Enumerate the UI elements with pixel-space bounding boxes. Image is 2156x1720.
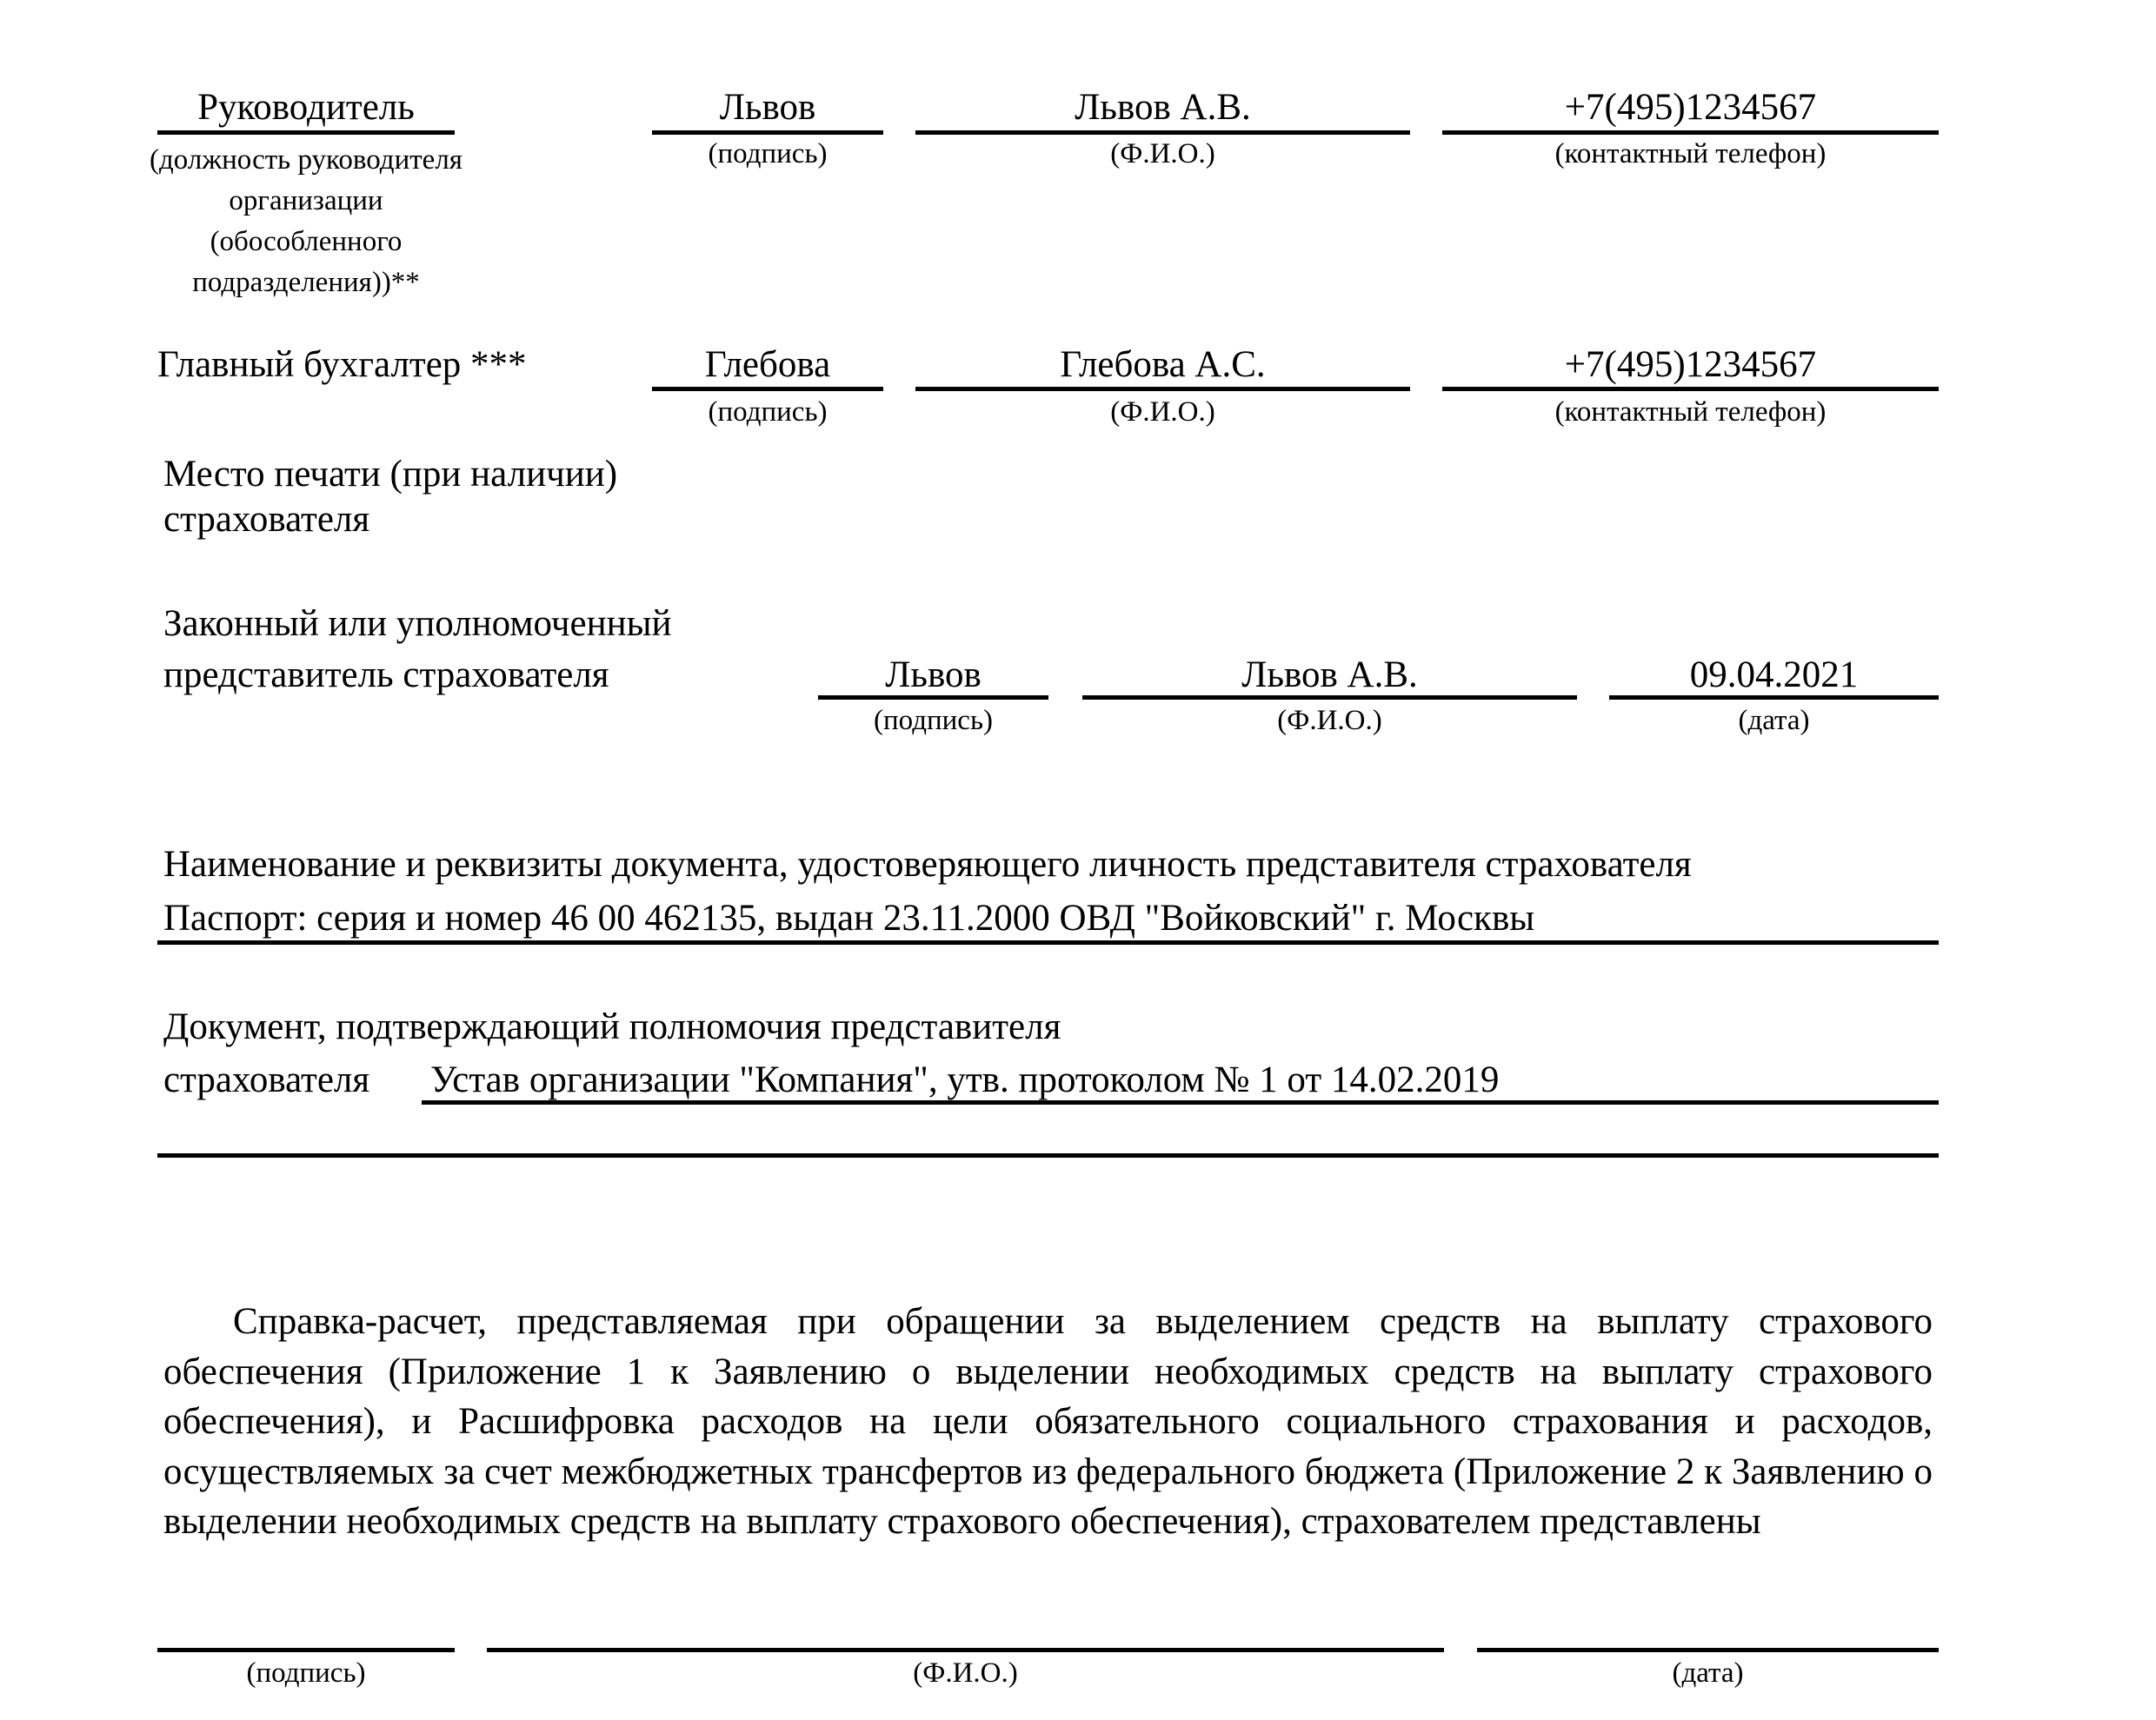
representative-date-caption: (дата) [1609,707,1939,735]
identity-doc-line [157,940,1939,945]
accountant-phone-value: +7(495)1234567 [1442,346,1939,383]
head-phone-caption: (контактный телефон) [1442,140,1939,169]
representative-date-value: 09.04.2021 [1609,656,1939,694]
head-position-value: Руководитель [157,89,455,126]
accountant-phone-caption: (контактный телефон) [1442,398,1939,427]
authority-doc-line [422,1100,1939,1105]
representative-fio-value: Львов А.В. [1082,656,1577,694]
head-fio-value: Львов А.В. [915,89,1410,126]
head-signature-value: Львов [652,89,883,126]
representative-fio-caption: (Ф.И.О.) [1082,707,1577,735]
stamp-label-line2: страхователя [163,501,369,538]
representative-fio-line [1082,695,1577,700]
head-fio-caption: (Ф.И.О.) [915,140,1410,169]
representative-date-line [1609,695,1939,700]
authority-doc-label-line2: страхователя [163,1061,369,1099]
footer-date-line [1477,1648,1939,1652]
accountant-fio-line [915,387,1410,391]
representative-label-line1: Законный или уполномоченный [163,605,672,642]
head-position-caption: (должность руководителя организации (обо… [130,140,482,303]
accountant-signature-caption: (подпись) [652,398,883,427]
footer-date-caption: (дата) [1477,1659,1939,1688]
head-phone-value: +7(495)1234567 [1442,89,1939,126]
footer-signature-caption: (подпись) [157,1659,455,1688]
authority-doc-label-line1: Документ, подтверждающий полномочия пред… [163,1008,1061,1046]
statement-paragraph: Справка-расчет, представляемая при обращ… [163,1297,1933,1547]
identity-doc-label: Наименование и реквизиты документа, удос… [163,846,1692,883]
authority-doc-extra-line [157,1153,1939,1158]
head-signature-line [652,130,883,135]
accountant-fio-value: Глебова А.С. [915,346,1410,383]
footer-signature-line [157,1648,455,1652]
head-fio-line [915,130,1410,135]
accountant-signature-line [652,387,883,391]
authority-doc-value: Устав организации "Компания", утв. прото… [430,1061,1499,1099]
representative-signature-caption: (подпись) [818,707,1048,735]
accountant-phone-line [1442,387,1939,391]
representative-label-line2: представитель страхователя [163,656,609,694]
footer-fio-caption: (Ф.И.О.) [487,1659,1444,1688]
stamp-label-line1: Место печати (при наличии) [163,455,617,493]
head-phone-line [1442,130,1939,135]
accountant-label: Главный бухгалтер *** [157,346,455,383]
footer-fio-line [487,1648,1444,1652]
identity-doc-value: Паспорт: серия и номер 46 00 462135, выд… [163,900,1534,937]
representative-signature-value: Львов [818,656,1048,694]
head-signature-caption: (подпись) [652,140,883,169]
accountant-signature-value: Глебова [652,346,883,383]
representative-signature-line [818,695,1048,700]
accountant-fio-caption: (Ф.И.О.) [915,398,1410,427]
head-position-line [157,130,455,135]
